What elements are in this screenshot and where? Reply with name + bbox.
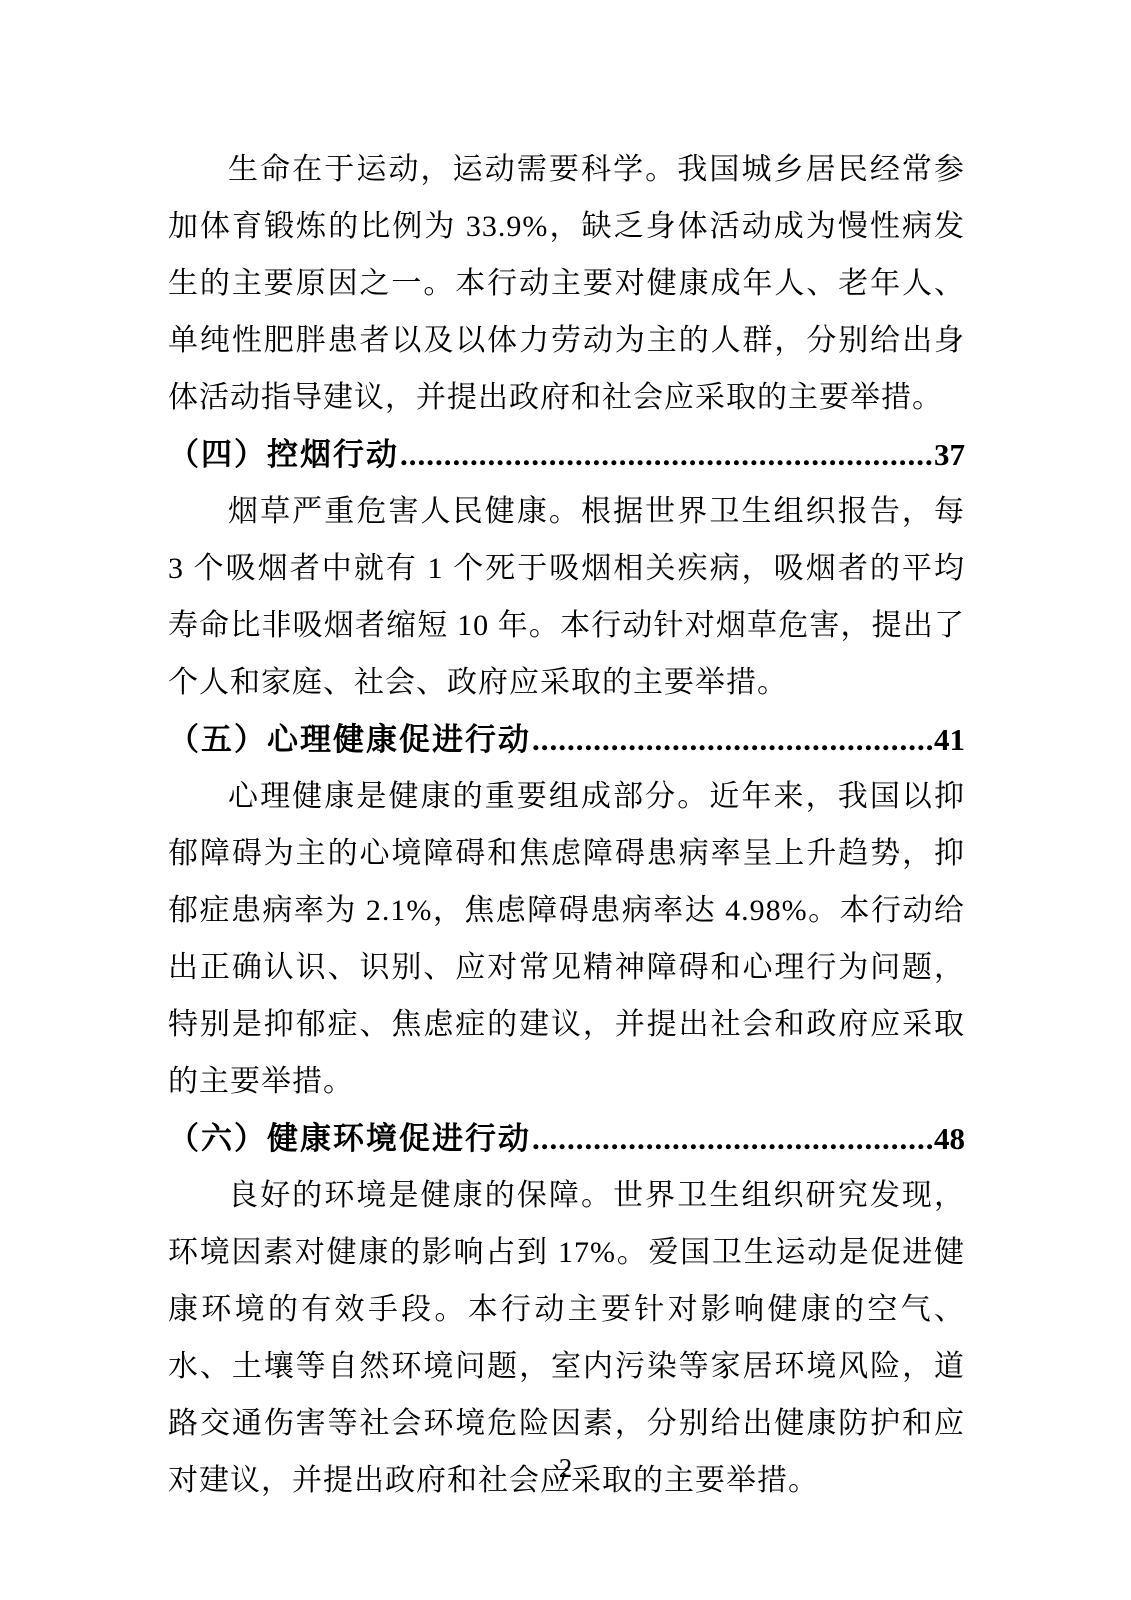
document-page: 生命在于运动，运动需要科学。我国城乡居民经常参加体育锻炼的比例为 33.9%，缺… — [0, 0, 1131, 1600]
page-number: 2 — [0, 1448, 1131, 1488]
toc-entry-label: （六）健康环境促进行动 — [168, 1110, 531, 1167]
toc-page-ref: 48 — [934, 1110, 965, 1167]
toc-entry-label: （四）控烟行动 — [168, 426, 399, 483]
toc-page-ref: 37 — [934, 426, 965, 483]
toc-entry-label: （五）心理健康促进行动 — [168, 711, 531, 768]
toc-entry-smoking-control: （四）控烟行动 ................................… — [168, 426, 965, 483]
dot-leader: ........................................… — [532, 1110, 933, 1167]
toc-entry-mental-health: （五）心理健康促进行动 ............................… — [168, 711, 965, 768]
paragraph-mental-health: 心理健康是健康的重要组成部分。近年来，我国以抑郁障碍为主的心境障碍和焦虑障碍患病… — [168, 768, 965, 1110]
paragraph-smoking-control: 烟草严重危害人民健康。根据世界卫生组织报告，每 3 个吸烟者中就有 1 个死于吸… — [168, 483, 965, 711]
paragraph-physical-activity: 生命在于运动，运动需要科学。我国城乡居民经常参加体育锻炼的比例为 33.9%，缺… — [168, 141, 965, 426]
dot-leader: ........................................… — [532, 711, 933, 768]
toc-entry-healthy-environment: （六）健康环境促进行动 ............................… — [168, 1110, 965, 1167]
dot-leader: ........................................… — [400, 426, 933, 483]
toc-page-ref: 41 — [934, 711, 965, 768]
